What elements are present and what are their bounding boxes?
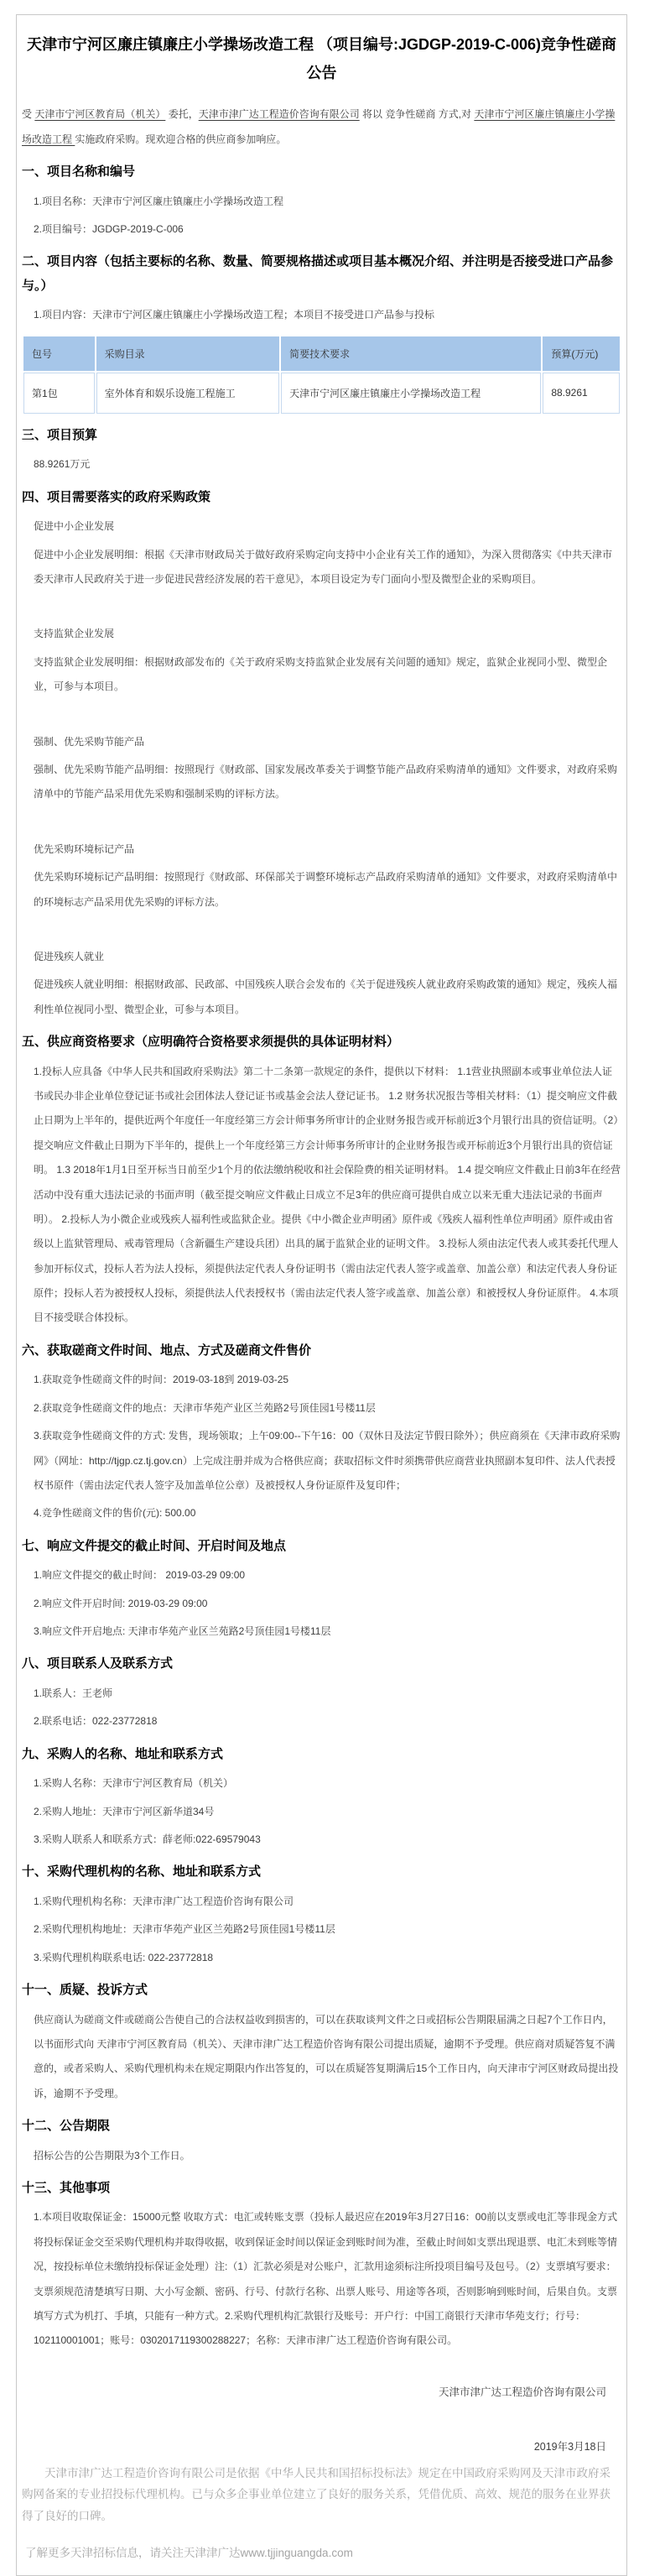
section-item: 1.采购代理机构名称：天津市津广达工程造价咨询有限公司 (22, 1890, 621, 1914)
table-cell: 第1包 (23, 373, 95, 414)
section-item: 1.采购人名称：天津市宁河区教育局（机关） (22, 1771, 621, 1796)
table-cell: 天津市宁河区廉庄镇廉庄小学操场改造工程 (281, 373, 541, 414)
section-item: 1.投标人应具备《中华人民共和国政府采购法》第二十二条第一款规定的条件，提供以下… (22, 1060, 621, 1331)
section-item: 2.联系电话：022-23772818 (22, 1709, 621, 1734)
section-heading: 十、采购代理机构的名称、地址和联系方式 (22, 1860, 621, 1885)
blank-line (22, 703, 621, 727)
section-item: 1.项目名称：天津市宁河区廉庄镇廉庄小学操场改造工程 (22, 190, 621, 214)
section-item: 促进中小企业发展明细：根据《天津市财政局关于做好政府采购定向支持中小企业有关工作… (22, 543, 621, 592)
section-item: 88.9261万元 (22, 452, 621, 477)
section-item: 优先采购环境标记产品 (22, 837, 621, 862)
section-item: 促进残疾人就业 (22, 945, 621, 969)
section-item: 3.响应文件开启地点: 天津市华苑产业区兰苑路2号顶佳园1号楼11层 (22, 1619, 621, 1644)
section-item: 2.响应文件开启时间: 2019-03-29 09:00 (22, 1592, 621, 1616)
section-item: 3.采购人联系人和联系方式：薛老师:022-69579043 (22, 1828, 621, 1852)
section-item: 强制、优先采购节能产品 (22, 730, 621, 754)
table-row: 第1包室外体育和娱乐设施工程施工天津市宁河区廉庄镇廉庄小学操场改造工程88.92… (23, 373, 620, 414)
table-header-cell: 包号 (23, 336, 95, 371)
section-heading: 一、项目名称和编号 (22, 160, 621, 185)
table-header-cell: 预算(万元) (543, 336, 620, 371)
sections: 一、项目名称和编号1.项目名称：天津市宁河区廉庄镇廉庄小学操场改造工程2.项目编… (22, 160, 621, 2354)
footer: 天津市津广达工程造价咨询有限公司是依据《中华人民共和国招标投标法》规定在中国政府… (22, 2463, 621, 2564)
section-heading: 二、项目内容（包括主要标的名称、数量、简要规格描述或项目基本概况介绍、并注明是否… (22, 250, 621, 298)
section-item: 4.竞争性磋商文件的售价(元): 500.00 (22, 1501, 621, 1525)
blank-line (22, 918, 621, 941)
section-item: 1.项目内容：天津市宁河区廉庄镇廉庄小学操场改造工程；本项目不接受进口产品参与投… (22, 303, 621, 327)
section-item: 强制、优先采购节能产品明细：按照现行《财政部、国家发展改革委关于调整节能产品政府… (22, 758, 621, 807)
signature-company: 天津市津广达工程造价咨询有限公司 (22, 2382, 621, 2403)
blank-line (22, 595, 621, 618)
section-item: 2.采购代理机构地址：天津市华苑产业区兰苑路2号顶佳园1号楼11层 (22, 1917, 621, 1942)
section-heading: 十二、公告期限 (22, 2115, 621, 2139)
intro-text: 实施政府采购。现欢迎合格的供应商参加响应。 (75, 133, 286, 145)
section-heading: 八、项目联系人及联系方式 (22, 1652, 621, 1676)
section-item: 支持监狱企业发展明细：根据财政部发布的《关于政府采购支持监狱企业发展有关问题的通… (22, 650, 621, 700)
page-title: 天津市宁河区廉庄镇廉庄小学操场改造工程 （项目编号:JGDGP-2019-C-0… (25, 30, 618, 87)
intro-text: 受 (22, 108, 34, 120)
footer-about-text: 天津市津广达工程造价咨询有限公司是依据《中华人民共和国招标投标法》规定在中国政府… (22, 2463, 621, 2527)
section-item: 3.采购代理机构联系电话: 022-23772818 (22, 1946, 621, 1970)
section-item: 1.响应文件提交的截止时间： 2019-03-29 09:00 (22, 1563, 621, 1588)
footer-more-info-text: 了解更多天津招标信息，请关注天津津广达www.tjjinguangda.com (25, 2542, 621, 2564)
section-item: 1.获取竞争性磋商文件的时间：2019-03-18到 2019-03-25 (22, 1368, 621, 1392)
section-heading: 六、获取磋商文件时间、地点、方式及磋商文件售价 (22, 1339, 621, 1364)
package-table: 包号采购目录简要技术要求预算(万元)第1包室外体育和娱乐设施工程施工天津市宁河区… (22, 335, 621, 415)
section-item: 促进残疾人就业明细：根据财政部、民政部、中国残疾人联合会发布的《关于促进残疾人就… (22, 973, 621, 1022)
page: { "title": "天津市宁河区廉庄镇廉庄小学操场改造工程 （项目编号:JG… (0, 0, 665, 2076)
announcement-document: 天津市宁河区廉庄镇廉庄小学操场改造工程 （项目编号:JGDGP-2019-C-0… (16, 14, 627, 2576)
signature-date: 2019年3月18日 (22, 2437, 621, 2458)
section-heading: 九、采购人的名称、地址和联系方式 (22, 1743, 621, 1767)
section-item: 3.获取竞争性磋商文件的方式: 发售，现场领取；上午09:00--下午16：00… (22, 1424, 621, 1498)
blank-line (22, 811, 621, 834)
section-item: 促进中小企业发展 (22, 514, 621, 539)
intro-paragraph: 受 天津市宁河区教育局（机关） 委托，天津市津广达工程造价咨询有限公司 将以 竞… (22, 102, 621, 152)
section-heading: 五、供应商资格要求（应明确符合资格要求须提供的具体证明材料） (22, 1030, 621, 1055)
section-heading: 十一、质疑、投诉方式 (22, 1979, 621, 2003)
table-cell: 88.9261 (543, 373, 620, 414)
section-heading: 四、项目需要落实的政府采购政策 (22, 486, 621, 510)
section-heading: 十三、其他事项 (22, 2177, 621, 2201)
intro-text: 委托， (165, 108, 198, 120)
section-item: 招标公告的公告期限为3个工作日。 (22, 2144, 621, 2168)
table-header-row: 包号采购目录简要技术要求预算(万元) (23, 336, 620, 371)
section-item: 1.联系人：王老师 (22, 1682, 621, 1706)
table-header-cell: 采购目录 (96, 336, 280, 371)
intro-underlined-text: 天津市津广达工程造价咨询有限公司 (199, 108, 360, 120)
section-item: 支持监狱企业发展 (22, 622, 621, 646)
section-item: 2.项目编号：JGDGP-2019-C-006 (22, 217, 621, 242)
section-item: 供应商认为磋商文件或磋商公告使自己的合法权益收到损害的，可以在获取谈判文件之日或… (22, 2008, 621, 2107)
section-item: 1.本项目收取保证金：15000元整 收取方式：电汇或转账支票（投标人最迟应在2… (22, 2205, 621, 2353)
intro-text: 将以 竞争性磋商 方式,对 (360, 108, 475, 120)
section-item: 2.获取竞争性磋商文件的地点：天津市华苑产业区兰苑路2号顶佳园1号楼11层 (22, 1396, 621, 1421)
section-heading: 七、响应文件提交的截止时间、开启时间及地点 (22, 1535, 621, 1559)
table-cell: 室外体育和娱乐设施工程施工 (96, 373, 280, 414)
section-item: 2.采购人地址：天津市宁河区新华道34号 (22, 1800, 621, 1824)
table-header-cell: 简要技术要求 (281, 336, 541, 371)
section-item: 优先采购环境标记产品明细：按照现行《财政部、环保部关于调整环境标志产品政府采购清… (22, 865, 621, 915)
section-heading: 三、项目预算 (22, 424, 621, 448)
intro-underlined-text: 天津市宁河区教育局（机关） (34, 108, 165, 120)
